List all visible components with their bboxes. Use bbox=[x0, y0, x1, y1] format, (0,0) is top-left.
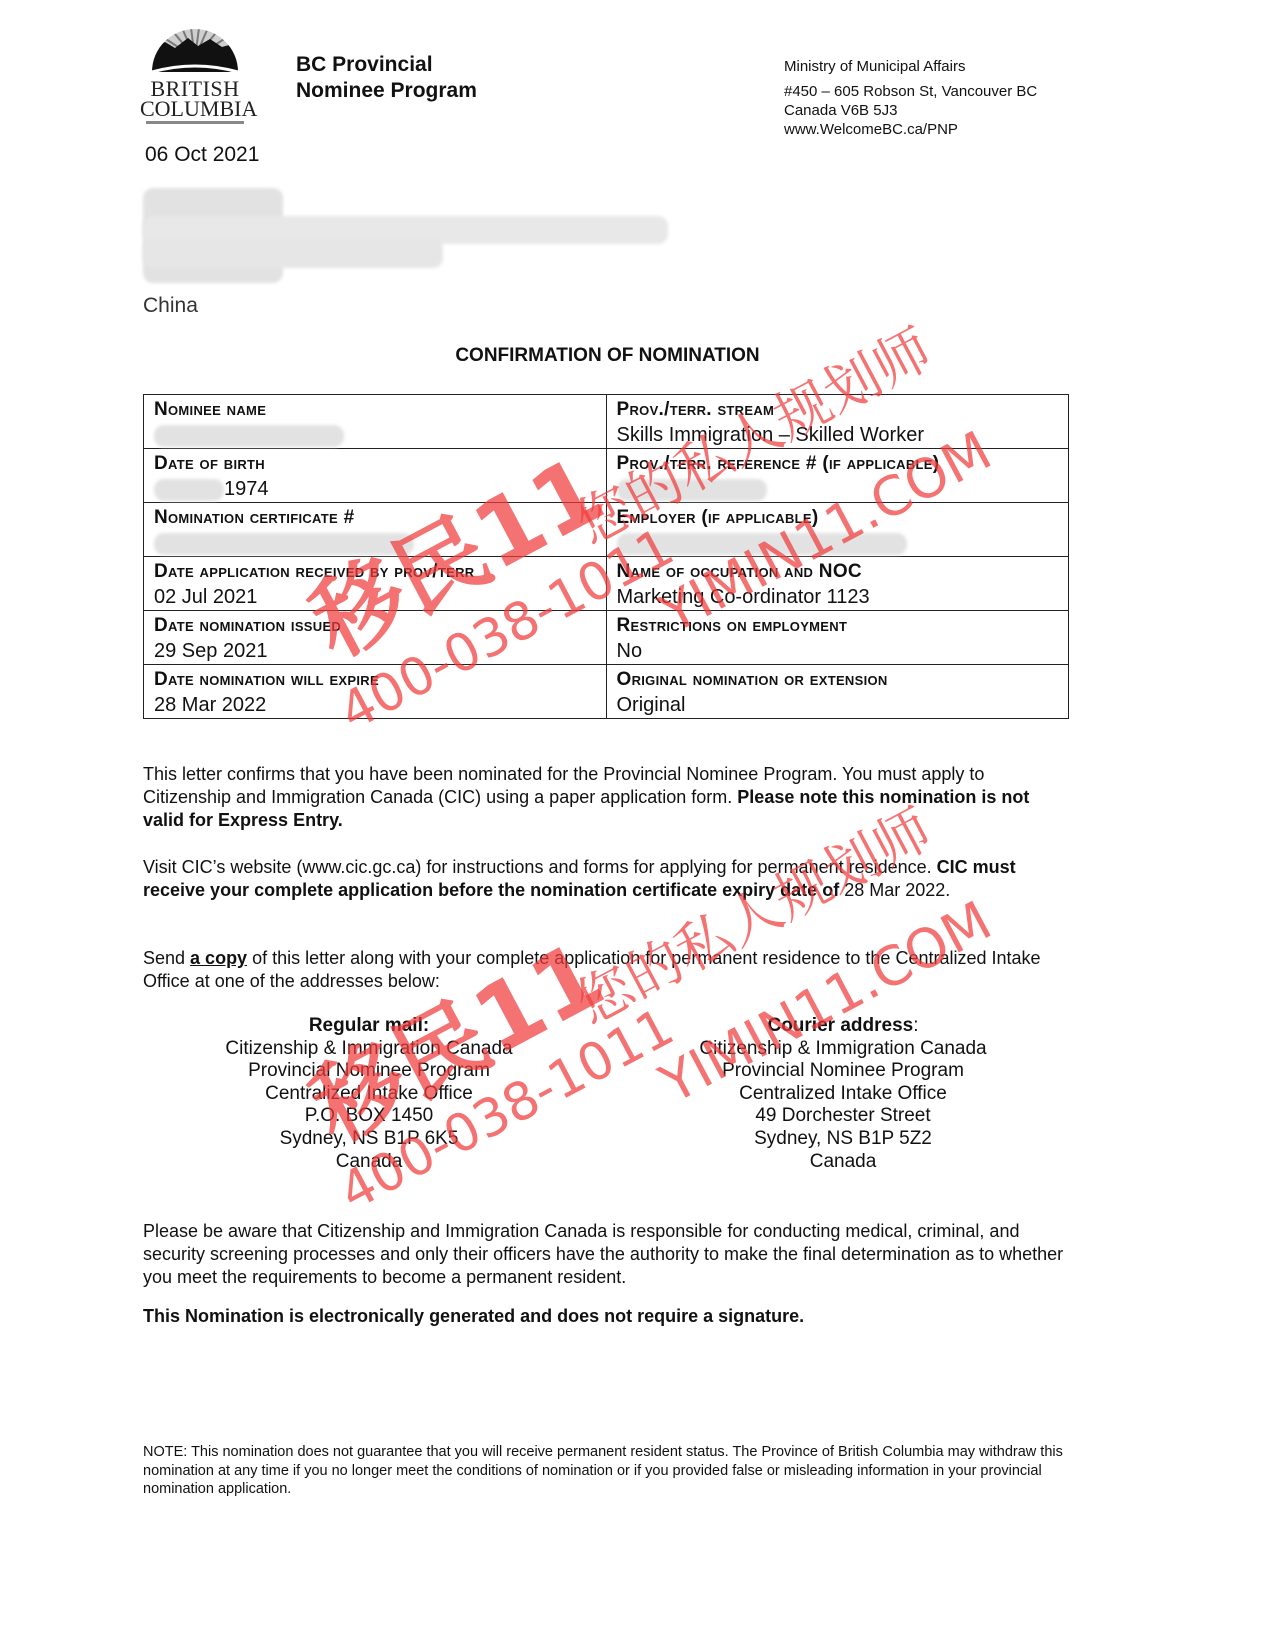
table-cell: Date of birth1974 bbox=[144, 449, 607, 503]
regular-mail-address: Regular mail: Citizenship & Immigration … bbox=[169, 1015, 569, 1173]
table-cell: Prov./terr. streamSkills Immigration – S… bbox=[606, 395, 1069, 449]
table-row: Date of birth1974Prov./terr. reference #… bbox=[144, 449, 1069, 503]
cell-label: Date application received by prov/terr bbox=[154, 560, 596, 584]
cell-label: Nominee name bbox=[154, 398, 596, 422]
cell-value: 02 Jul 2021 bbox=[154, 584, 596, 610]
cell-label: Date of birth bbox=[154, 452, 596, 476]
table-row: Nomination certificate #Employer (if app… bbox=[144, 503, 1069, 557]
address-line: Canada bbox=[169, 1151, 569, 1174]
cell-label: Original nomination or extension bbox=[617, 668, 1059, 692]
table-cell: Employer (if applicable) bbox=[606, 503, 1069, 557]
recipient-country: China bbox=[143, 294, 198, 318]
program-title: BC Provincial Nominee Program bbox=[296, 52, 477, 104]
address-line: Sydney, NS B1P 6K5 bbox=[169, 1128, 569, 1151]
cell-value bbox=[617, 530, 1059, 556]
ministry-address-line-1: #450 – 605 Robson St, Vancouver BC bbox=[784, 82, 1037, 101]
sunrise-mountains-icon bbox=[140, 12, 250, 74]
redacted-value bbox=[617, 533, 907, 555]
table-cell: Nomination certificate # bbox=[144, 503, 607, 557]
cell-label: Name of occupation and NOC bbox=[617, 560, 1059, 584]
nomination-details-table: Nominee nameProv./terr. streamSkills Imm… bbox=[143, 394, 1069, 719]
cell-value bbox=[154, 422, 596, 448]
table-cell: Nominee name bbox=[144, 395, 607, 449]
cell-value: Marketing Co-ordinator 1123 bbox=[617, 584, 1059, 610]
paragraph-cic-instructions: Visit CIC’s website (www.cic.gc.ca) for … bbox=[143, 856, 1068, 902]
table-row: Nominee nameProv./terr. streamSkills Imm… bbox=[144, 395, 1069, 449]
address-line: Citizenship & Immigration Canada bbox=[643, 1038, 1043, 1061]
table-row: Date nomination will expire28 Mar 2022Or… bbox=[144, 665, 1069, 719]
bc-logo: BRITISH COLUMBIA bbox=[140, 12, 250, 112]
table-cell: Original nomination or extensionOriginal bbox=[606, 665, 1069, 719]
regular-mail-heading: Regular mail: bbox=[169, 1015, 569, 1038]
table-cell: Date nomination will expire28 Mar 2022 bbox=[144, 665, 607, 719]
ministry-address-block: Ministry of Municipal Affairs #450 – 605… bbox=[784, 57, 1037, 139]
cell-value: 28 Mar 2022 bbox=[154, 692, 596, 718]
courier-address: Courier address: Citizenship & Immigrati… bbox=[643, 1015, 1043, 1173]
letter-date: 06 Oct 2021 bbox=[145, 143, 259, 167]
ministry-address-line-2: Canada V6B 5J3 bbox=[784, 101, 1037, 120]
address-line: Provincial Nominee Program bbox=[169, 1060, 569, 1083]
paragraph-screening: Please be aware that Citizenship and Imm… bbox=[143, 1220, 1068, 1289]
logo-underline bbox=[146, 121, 244, 124]
cell-label: Prov./terr. stream bbox=[617, 398, 1059, 422]
paragraph-send-copy: Send a copy of this letter along with yo… bbox=[143, 947, 1068, 993]
ministry-website: www.WelcomeBC.ca/PNP bbox=[784, 120, 1037, 139]
cell-value: Skills Immigration – Skilled Worker bbox=[617, 422, 1059, 448]
cell-label: Date nomination will expire bbox=[154, 668, 596, 692]
document-title: CONFIRMATION OF NOMINATION bbox=[0, 345, 1215, 367]
address-line: Canada bbox=[643, 1151, 1043, 1174]
cell-label: Date nomination issued bbox=[154, 614, 596, 638]
expiry-date: 28 Mar 2022. bbox=[839, 880, 950, 900]
table-row: Date nomination issued29 Sep 2021Restric… bbox=[144, 611, 1069, 665]
cell-label: Nomination certificate # bbox=[154, 506, 596, 530]
courier-heading: Courier address bbox=[767, 1015, 913, 1036]
logo-wordmark: BRITISH COLUMBIA bbox=[140, 79, 250, 124]
cell-label: Restrictions on employment bbox=[617, 614, 1059, 638]
address-line: Citizenship & Immigration Canada bbox=[169, 1038, 569, 1061]
address-line: P.O. BOX 1450 bbox=[169, 1105, 569, 1128]
redacted-value bbox=[617, 479, 767, 501]
redacted-value bbox=[154, 479, 224, 501]
paragraph-confirmation: This letter confirms that you have been … bbox=[143, 763, 1068, 832]
program-title-line-2: Nominee Program bbox=[296, 78, 477, 104]
table-row: Date application received by prov/terr02… bbox=[144, 557, 1069, 611]
address-line: Centralized Intake Office bbox=[169, 1083, 569, 1106]
cell-value: No bbox=[617, 638, 1059, 664]
recipient-address-redacted bbox=[143, 188, 673, 288]
cell-value bbox=[154, 530, 596, 556]
redacted-value bbox=[154, 425, 344, 447]
table-cell: Restrictions on employmentNo bbox=[606, 611, 1069, 665]
logo-line-2: COLUMBIA bbox=[140, 99, 250, 119]
program-title-line-1: BC Provincial bbox=[296, 52, 477, 78]
address-line: Provincial Nominee Program bbox=[643, 1060, 1043, 1083]
cell-value: 1974 bbox=[154, 476, 596, 502]
table-cell: Date nomination issued29 Sep 2021 bbox=[144, 611, 607, 665]
cell-label: Prov./terr. reference # (if applicable) bbox=[617, 452, 1059, 476]
cell-value: Original bbox=[617, 692, 1059, 718]
cell-value: 29 Sep 2021 bbox=[154, 638, 596, 664]
redacted-value bbox=[154, 533, 414, 555]
address-line: Sydney, NS B1P 5Z2 bbox=[643, 1128, 1043, 1151]
table-cell: Name of occupation and NOCMarketing Co-o… bbox=[606, 557, 1069, 611]
cell-value bbox=[617, 476, 1059, 502]
table-cell: Prov./terr. reference # (if applicable) bbox=[606, 449, 1069, 503]
table-cell: Date application received by prov/terr02… bbox=[144, 557, 607, 611]
address-line: Centralized Intake Office bbox=[643, 1083, 1043, 1106]
address-line: 49 Dorchester Street bbox=[643, 1105, 1043, 1128]
ministry-name: Ministry of Municipal Affairs bbox=[784, 57, 1037, 76]
signature-notice: This Nomination is electronically genera… bbox=[143, 1306, 804, 1327]
a-copy-emphasis: a copy bbox=[190, 948, 247, 968]
footnote-note: NOTE: This nomination does not guarantee… bbox=[143, 1443, 1068, 1499]
cell-label: Employer (if applicable) bbox=[617, 506, 1059, 530]
